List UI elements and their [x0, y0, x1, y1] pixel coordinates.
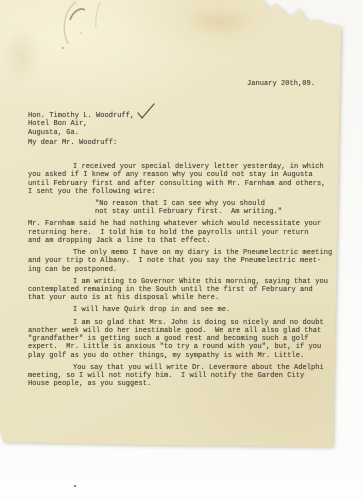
paper-shadow-wrap: January 20th,09. Hon. Timothy L. Woodruf…: [0, 0, 342, 448]
text-line: and am dropping Jack a line to that effe…: [28, 237, 340, 245]
paragraph: You say that you will write Dr. Levermor…: [28, 364, 340, 389]
recipient-hotel: Hotel Bon Air,: [28, 120, 134, 128]
text-line: ing can be postponed.: [28, 266, 340, 274]
recipient-block: Hon. Timothy L. Woodruff, Hotel Bon Air,…: [28, 112, 134, 137]
text-line: and your trip to Albany. I note that you…: [28, 257, 340, 265]
text-line: that your auto is at his disposal while …: [28, 294, 340, 302]
letter-body: I received your special delivery letter …: [28, 163, 340, 393]
text-line: play golf as you do other things, my sym…: [28, 352, 340, 360]
text-line: I am writing to Governor White this morn…: [28, 278, 340, 286]
text-line: You say that you will write Dr. Levermor…: [28, 364, 340, 372]
stain-scribble-icon: [40, 0, 200, 52]
text-line: House people, as you suggest.: [28, 380, 340, 388]
salutation: My dear Mr. Woodruff:: [28, 139, 117, 147]
text-line: returning here. I told him to hold the p…: [28, 229, 340, 237]
text-line: another week will do her inestimable goo…: [28, 327, 340, 335]
scanned-letter-page: January 20th,09. Hon. Timothy L. Woodruf…: [0, 0, 363, 500]
text-line: not stay until February first. Am writin…: [95, 208, 340, 216]
text-line: I sent you the following wire:: [28, 188, 340, 196]
paragraph: The only memo I have on my diary is the …: [28, 249, 340, 274]
text-line: I will have Quirk drop in and see me.: [28, 306, 340, 314]
letter-date: January 20th,09.: [247, 80, 315, 88]
paragraph: Mr. Farnham said he had nothing whatever…: [28, 220, 340, 245]
text-line: Mr. Farnham said he had nothing whatever…: [28, 220, 340, 228]
text-line: you asked if I knew of any reason why yo…: [28, 171, 340, 179]
letter-paper: January 20th,09. Hon. Timothy L. Woodruf…: [0, 0, 342, 448]
text-line: until February first and after consultin…: [28, 180, 340, 188]
background-speck: [74, 485, 76, 487]
handwritten-checkmark-icon: [137, 103, 157, 121]
paper-stain: [2, 26, 42, 86]
recipient-city: Augusta, Ga.: [28, 129, 134, 137]
text-line: expert. Mr. Little is anxious "to try a …: [28, 343, 340, 351]
paragraph: I am so glad that Mrs. John is doing so …: [28, 319, 340, 360]
text-line: I am so glad that Mrs. John is doing so …: [28, 319, 340, 327]
paragraph: I am writing to Governor White this morn…: [28, 278, 340, 303]
paragraph: I received your special delivery letter …: [28, 163, 340, 196]
quote-block: "No reason that I can see why you should…: [28, 200, 340, 217]
paragraph: I will have Quirk drop in and see me.: [28, 306, 340, 314]
